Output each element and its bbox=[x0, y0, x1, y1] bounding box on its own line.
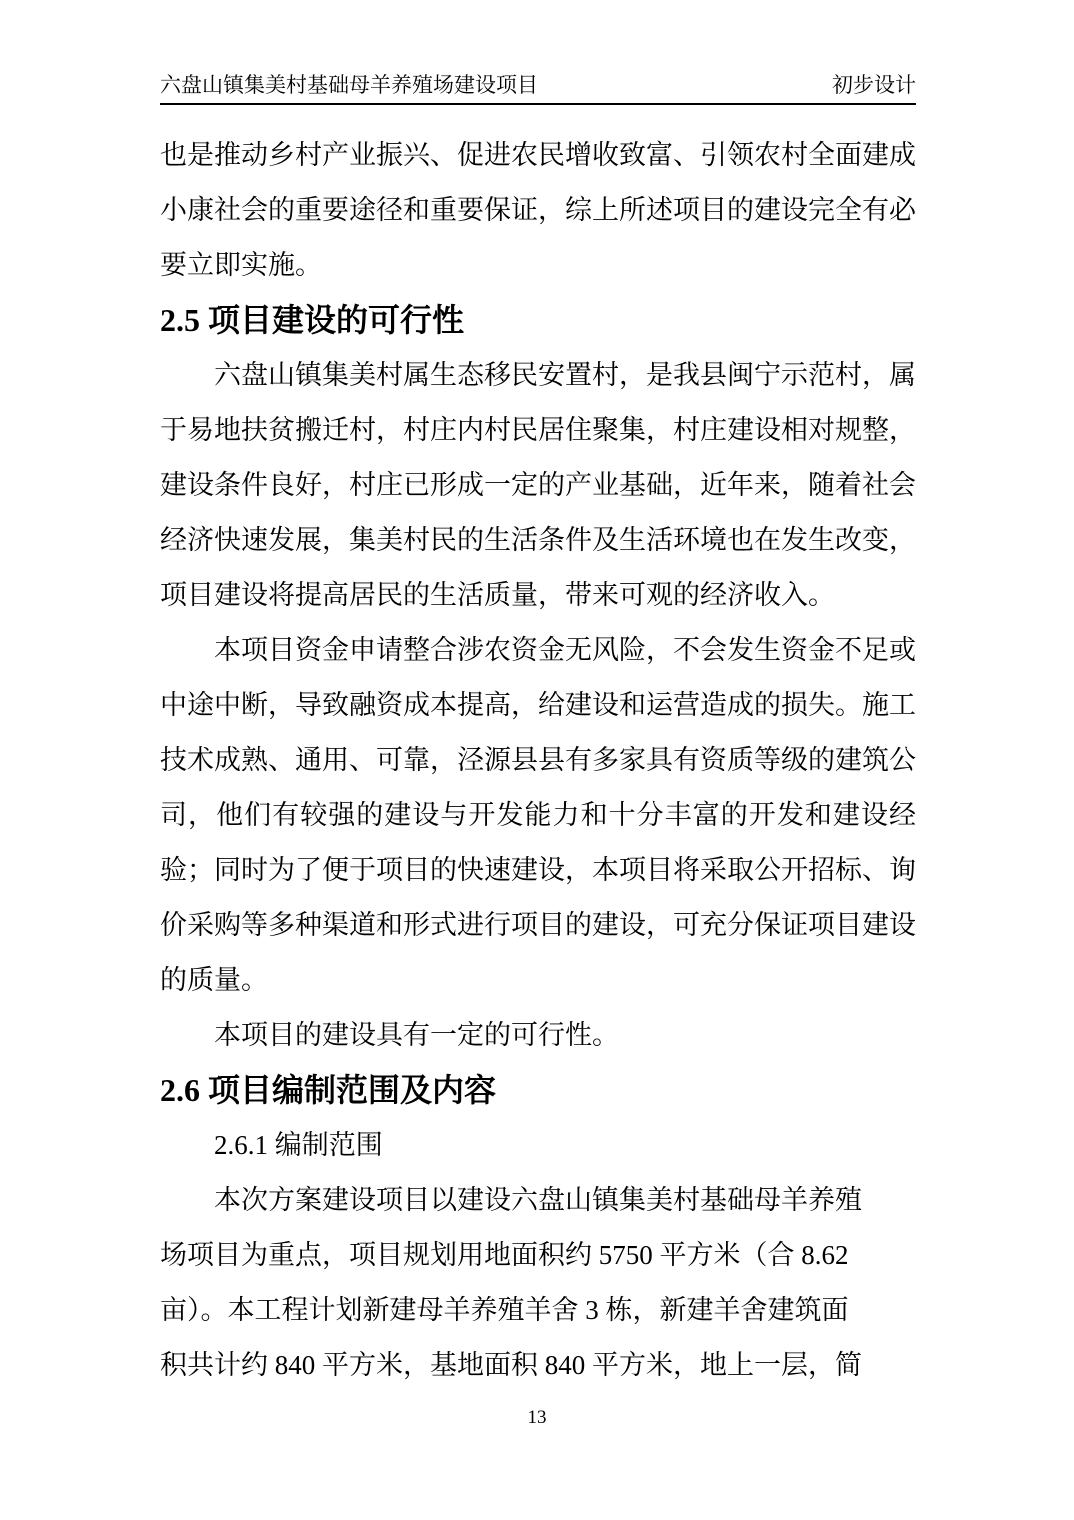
paragraph-line: 本项目资金申请整合涉农资金无风险，不会发生资金不足或 bbox=[160, 623, 916, 678]
paragraph-line: 要立即实施。 bbox=[160, 238, 916, 293]
paragraph-line: 验；同时为了便于项目的快速建设，本项目将采取公开招标、询 bbox=[160, 843, 916, 898]
paragraph-line: 场项目为重点，项目规划用地面积约 5750 平方米（合 8.62 bbox=[160, 1228, 916, 1283]
paragraph-line: 的质量。 bbox=[160, 953, 916, 1008]
paragraph-line: 也是推动乡村产业振兴、促进农民增收致富、引领农村全面建成 bbox=[160, 128, 916, 183]
paragraph-line: 于易地扶贫搬迁村，村庄内村民居住聚集，村庄建设相对规整， bbox=[160, 403, 916, 458]
header-doc-type-label: 初步设计 bbox=[832, 72, 916, 98]
subsection-heading-2-6-1: 2.6.1 编制范围 bbox=[160, 1118, 916, 1173]
document-page: 六盘山镇集美村基础母羊养殖场建设项目 初步设计 也是推动乡村产业振兴、促进农民增… bbox=[0, 0, 1074, 1520]
paragraph-line: 建设条件良好，村庄已形成一定的产业基础，近年来，随着社会 bbox=[160, 458, 916, 513]
section-heading-2-6: 2.6 项目编制范围及内容 bbox=[160, 1063, 916, 1118]
document-body: 也是推动乡村产业振兴、促进农民增收致富、引领农村全面建成 小康社会的重要途径和重… bbox=[160, 128, 916, 1393]
paragraph-line: 亩）。本工程计划新建母羊养殖羊舍 3 栋，新建羊舍建筑面 bbox=[160, 1283, 916, 1338]
header-project-title: 六盘山镇集美村基础母羊养殖场建设项目 bbox=[160, 72, 538, 98]
paragraph-line: 小康社会的重要途径和重要保证，综上所述项目的建设完全有必 bbox=[160, 183, 916, 238]
page-header: 六盘山镇集美村基础母羊养殖场建设项目 初步设计 bbox=[160, 72, 916, 105]
section-heading-2-5: 2.5 项目建设的可行性 bbox=[160, 293, 916, 348]
page-number: 13 bbox=[0, 1398, 1074, 1438]
paragraph-line: 价采购等多种渠道和形式进行项目的建设，可充分保证项目建设 bbox=[160, 898, 916, 953]
paragraph-line: 司，他们有较强的建设与开发能力和十分丰富的开发和建设经 bbox=[160, 788, 916, 843]
paragraph-line: 技术成熟、通用、可靠，泾源县县有多家具有资质等级的建筑公 bbox=[160, 733, 916, 788]
paragraph-line: 项目建设将提高居民的生活质量，带来可观的经济收入。 bbox=[160, 568, 916, 623]
paragraph-line: 六盘山镇集美村属生态移民安置村，是我县闽宁示范村，属 bbox=[160, 348, 916, 403]
paragraph-line: 本次方案建设项目以建设六盘山镇集美村基础母羊养殖 bbox=[160, 1173, 916, 1228]
paragraph-line: 中途中断，导致融资成本提高，给建设和运营造成的损失。施工 bbox=[160, 678, 916, 733]
paragraph-line: 本项目的建设具有一定的可行性。 bbox=[160, 1008, 916, 1063]
paragraph-line: 积共计约 840 平方米，基地面积 840 平方米，地上一层，简 bbox=[160, 1338, 916, 1393]
paragraph-line: 经济快速发展，集美村民的生活条件及生活环境也在发生改变， bbox=[160, 513, 916, 568]
